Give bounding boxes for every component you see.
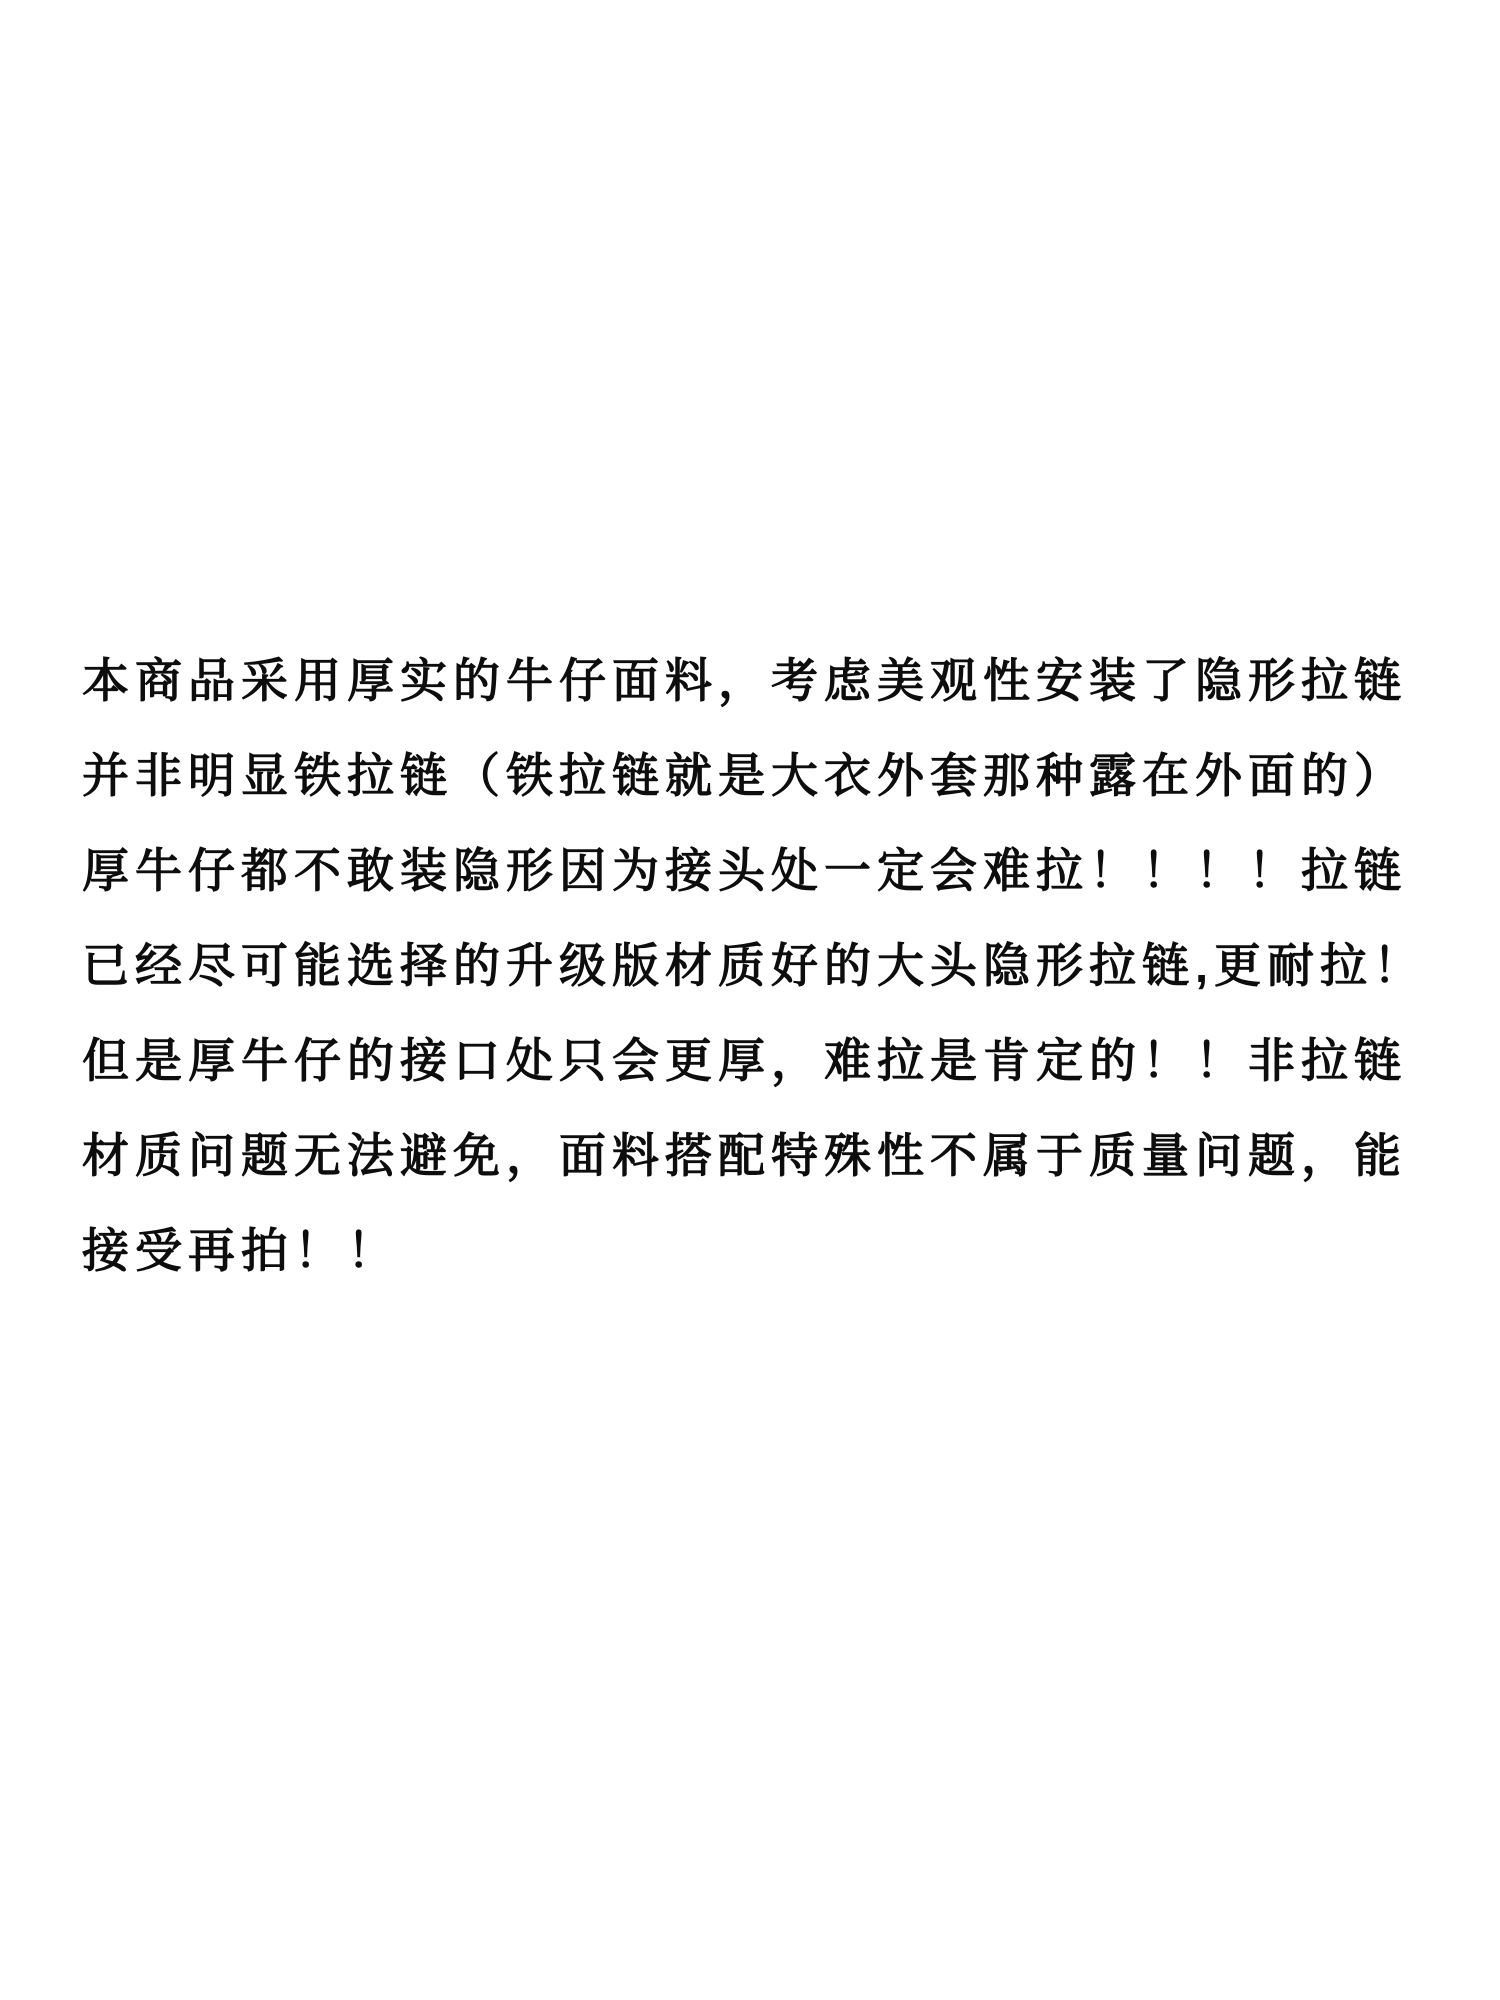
notice-line-2: 并非明显铁拉链（铁拉链就是大衣外套那种露在外面的） bbox=[82, 728, 1440, 823]
notice-line-3: 厚牛仔都不敢装隐形因为接头处一定会难拉！！！！拉链 bbox=[82, 823, 1440, 918]
notice-line-4: 已经尽可能选择的升级版材质好的大头隐形拉链,更耐拉！ bbox=[82, 918, 1440, 1013]
notice-line-5: 但是厚牛仔的接口处只会更厚，难拉是肯定的！！非拉链 bbox=[82, 1013, 1440, 1108]
notice-line-6: 材质问题无法避免，面料搭配特殊性不属于质量问题，能 bbox=[82, 1108, 1440, 1203]
notice-line-1: 本商品采用厚实的牛仔面料，考虑美观性安装了隐形拉链 bbox=[82, 633, 1440, 728]
product-notice-text-block: 本商品采用厚实的牛仔面料，考虑美观性安装了隐形拉链 并非明显铁拉链（铁拉链就是大… bbox=[82, 633, 1440, 1298]
notice-line-7: 接受再拍！！ bbox=[82, 1203, 1440, 1298]
